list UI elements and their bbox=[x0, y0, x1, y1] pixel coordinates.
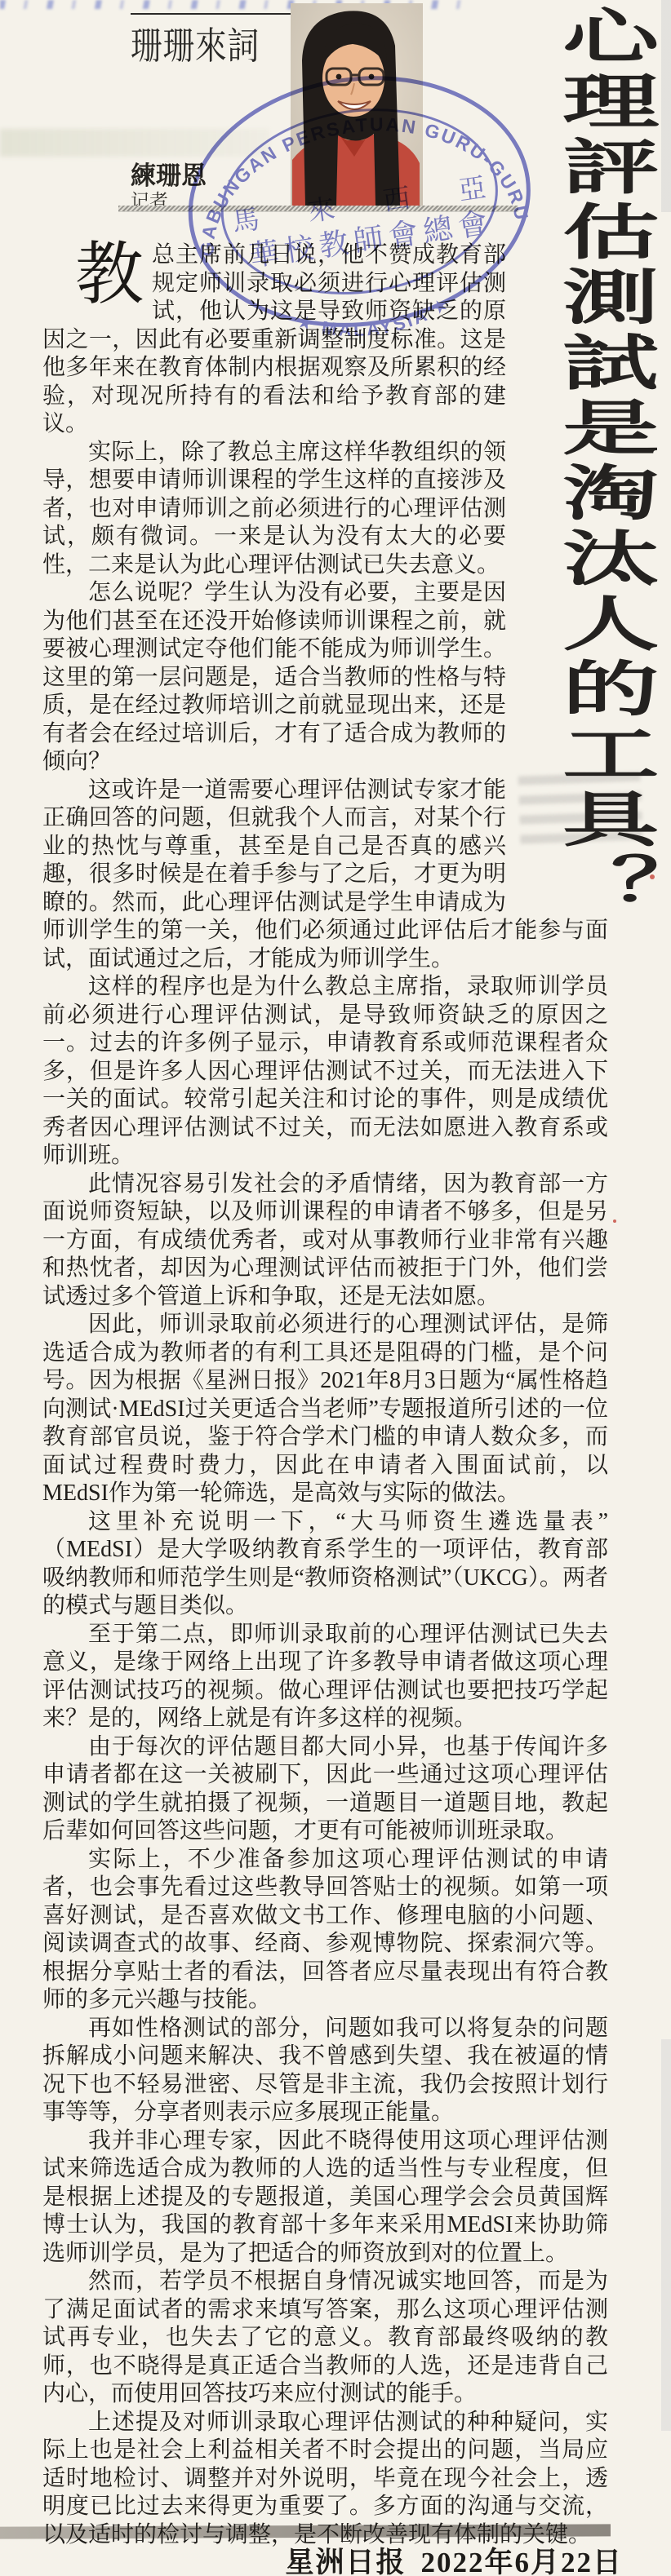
newspaper-clipping: 珊珊來詞 練珊恩 记者 bbox=[0, 0, 671, 2576]
newspaper-name: 星洲日报 bbox=[285, 2547, 406, 2576]
paper-smudge bbox=[0, 129, 269, 157]
drop-cap: 教 bbox=[75, 248, 144, 304]
publication-date: 2022年6月22日 bbox=[420, 2547, 623, 2576]
paragraph: 由于每次的评估题目都大同小异，也基于传闻许多申请者都在这一关被刷下，因此一些通过… bbox=[42, 1733, 608, 1846]
paragraph: 然而，若学员不根据自身情况诚实地回答，而是为了满足面试者的需求来填写答案，那么这… bbox=[42, 2268, 608, 2409]
author-photo-graphic bbox=[291, 3, 423, 206]
headline-spacer bbox=[506, 241, 608, 904]
paragraph: 实际上，不少准备参加这项心理评估测试的申请者，也会事先看过这些教导回答贴士的视频… bbox=[42, 1846, 608, 2015]
article-body: 教总主席前几日说，他不赞成教育部规定师训录取必须进行心理评估测试，他认为这是导致… bbox=[42, 241, 608, 2549]
paragraph: 这样的程序也是为什么教总主席指，录取师训学员前必须进行心理评估测试，是导致师资缺… bbox=[42, 973, 608, 1171]
author-photo bbox=[291, 3, 423, 206]
paragraph: 这里补充说明一下，“大马师资生遴选量表”（MEdSI）是大学吸纳教育系学生的一项… bbox=[42, 1508, 608, 1621]
paragraph: 再如性格测试的部分，问题如我可以将复杂的问题拆解成小问题来解决、我不曾感到失望、… bbox=[42, 2015, 608, 2127]
column-title: 珊珊來詞 bbox=[131, 16, 260, 70]
paragraph: 此情况容易引发社会的矛盾情绪，因为教育部一方面说师资短缺，以及师训课程的申请者不… bbox=[42, 1171, 608, 1312]
source-footer: 星洲日报2022年6月22日 bbox=[285, 2540, 623, 2576]
header-divider bbox=[118, 206, 518, 211]
paragraph: 我并非心理专家，因此不晓得使用这项心理评估测试来筛选适合成为教师的人选的适当性与… bbox=[42, 2127, 608, 2268]
paragraph: 因此，师训录取前必须进行的心理测试评估，是筛选适合成为教师者的有利工具还是阻碍的… bbox=[42, 1311, 608, 1508]
paragraph: 上述提及对师训录取心理评估测试的种种疑问，实际上也是社会上利益相关者不时会提出的… bbox=[42, 2409, 608, 2550]
scan-edge-shadow bbox=[661, 0, 671, 2576]
paragraph: 至于第二点，即师训录取前的心理评估测试已失去意义，是缘于网络上出现了许多教导申请… bbox=[42, 1621, 608, 1733]
print-speck bbox=[613, 1219, 616, 1223]
